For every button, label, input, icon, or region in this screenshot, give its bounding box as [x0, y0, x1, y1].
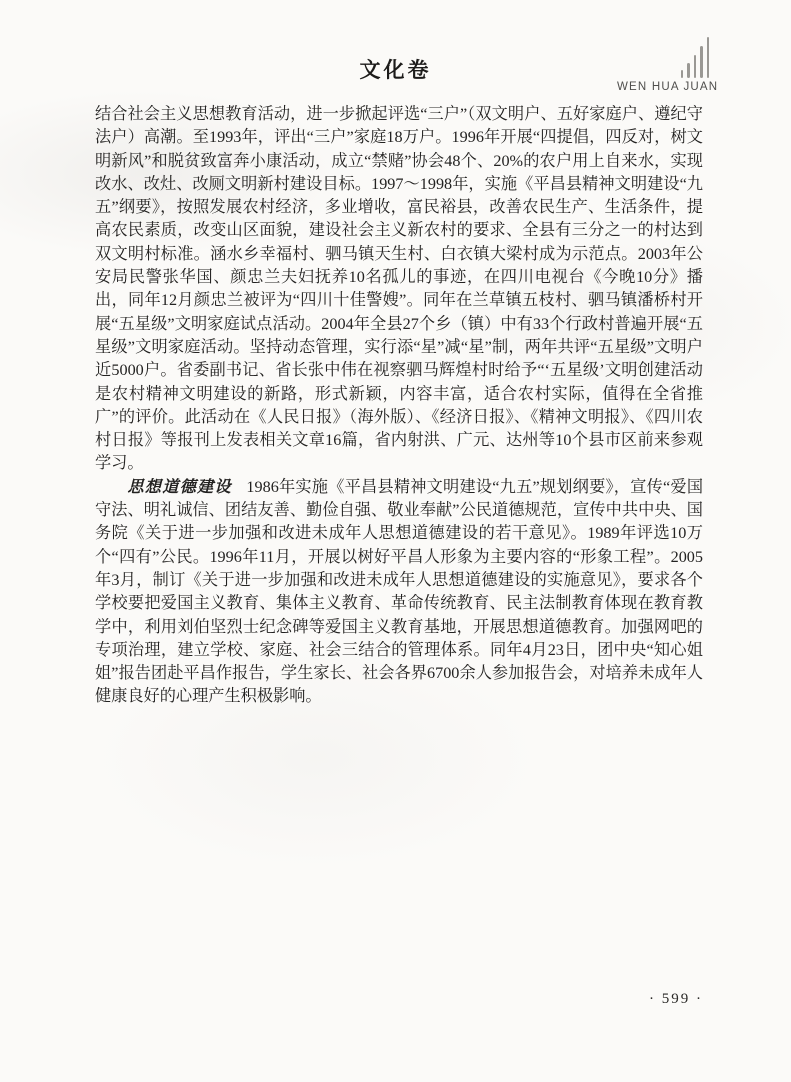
book-page: 文化卷 WEN HUA JUAN 结合社会主义思想教育活动，进一步掀起评选“三户… — [0, 0, 791, 1082]
paragraph-moral-education: 思想道德建设1986年实施《平昌县精神文明建设“九五”规划纲要》，宣传“爱国守法… — [95, 476, 703, 709]
ascending-bars-icon — [617, 36, 713, 78]
logo-caption: WEN HUA JUAN — [617, 81, 713, 93]
runin-heading: 思想道德建设 — [127, 478, 231, 496]
logo-bar — [707, 37, 710, 78]
publisher-logo: WEN HUA JUAN — [617, 36, 713, 93]
page-number: · 599 · — [95, 991, 703, 1008]
paragraph-continuation: 结合社会主义思想教育活动，进一步掀起评选“三户”（双文明户、五好家庭户、遵纪守法… — [95, 103, 703, 476]
logo-bar — [694, 55, 697, 78]
logo-bar — [681, 70, 684, 78]
body-text: 结合社会主义思想教育活动，进一步掀起评选“三户”（双文明户、五好家庭户、遵纪守法… — [95, 103, 703, 709]
logo-bar — [687, 63, 690, 78]
logo-bar — [700, 46, 703, 78]
paragraph-text: 1986年实施《平昌县精神文明建设“九五”规划纲要》，宣传“爱国守法、明礼诚信、… — [95, 478, 703, 706]
